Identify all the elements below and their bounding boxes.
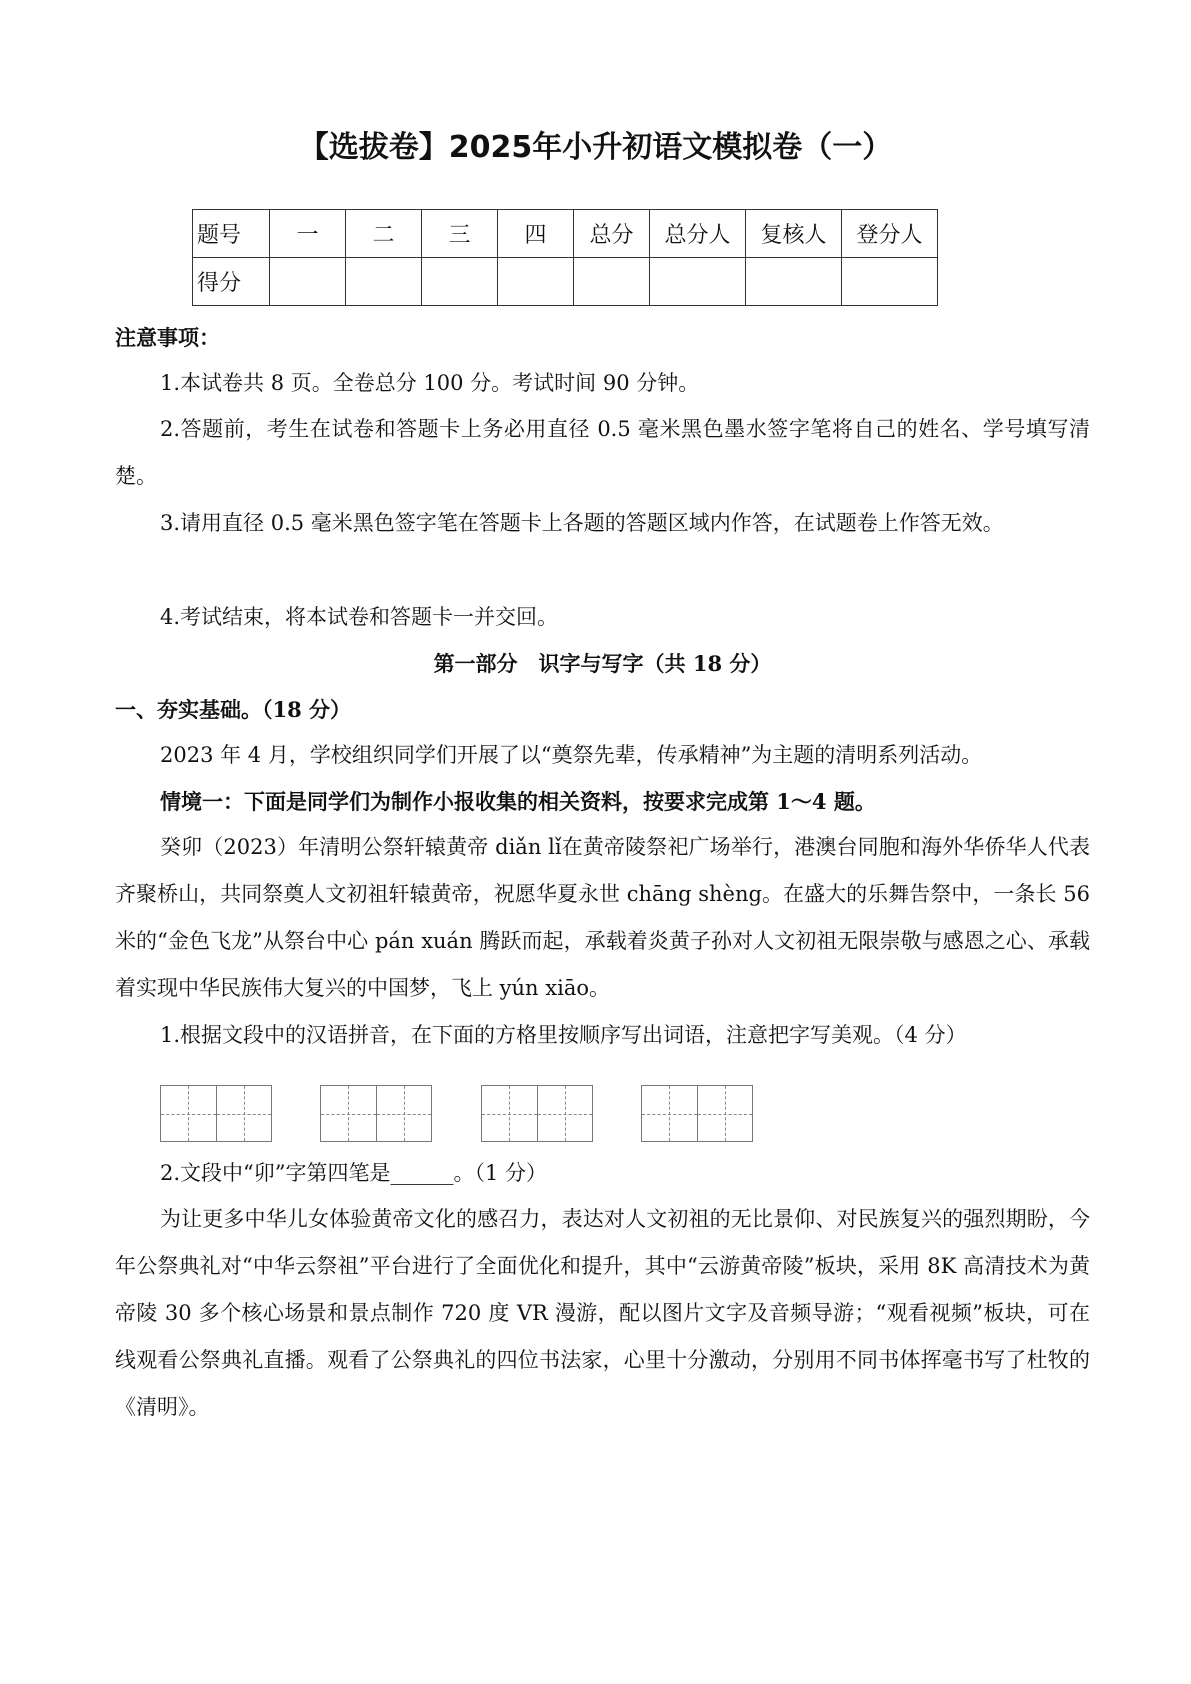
section-title: 一、夯实基础。（18 分） bbox=[115, 686, 1090, 733]
header-cell: 复核人 bbox=[746, 210, 842, 258]
score-cell bbox=[842, 258, 938, 306]
header-cell: 二 bbox=[346, 210, 422, 258]
part-title: 第一部分 识字与写字（共 18 分） bbox=[115, 640, 1090, 687]
header-cell: 三 bbox=[422, 210, 498, 258]
writing-grid-2[interactable] bbox=[320, 1085, 432, 1142]
scenario-instruction: 情境一：下面是同学们为制作小报收集的相关资料，按要求完成第 1～4 题。 bbox=[115, 778, 1090, 825]
header-cell: 四 bbox=[498, 210, 574, 258]
writing-grid-4[interactable] bbox=[641, 1085, 753, 1142]
grid-cell[interactable] bbox=[216, 1086, 272, 1141]
note-item-2: 2.答题前，考生在试卷和答题卡上务必用直径 0.5 毫米黑色墨水签字笔将自己的姓… bbox=[115, 406, 1090, 500]
note-item-3: 3.请用直径 0.5 毫米黑色签字笔在答题卡上各题的答题区域内作答，在试题卷上作… bbox=[115, 500, 1090, 547]
grid-cell[interactable] bbox=[697, 1086, 753, 1141]
header-cell: 总分 bbox=[574, 210, 650, 258]
grid-cell[interactable] bbox=[482, 1086, 537, 1141]
question-1: 1.根据文段中的汉语拼音，在下面的方格里按顺序写出词语，注意把字写美观。（4 分… bbox=[115, 1012, 1090, 1059]
score-cell bbox=[574, 258, 650, 306]
header-cell: 总分人 bbox=[650, 210, 746, 258]
writing-grid-1[interactable] bbox=[160, 1085, 272, 1142]
activity-intro: 2023 年 4 月，学校组织同学们开展了以“奠祭先辈，传承精神”为主题的清明系… bbox=[115, 732, 1090, 779]
passage-1: 癸卯（2023）年清明公祭轩辕黄帝 diǎn lǐ在黄帝陵祭祀广场举行，港澳台同… bbox=[115, 824, 1090, 1012]
score-cell bbox=[746, 258, 842, 306]
score-table-header-row: 题号 一 二 三 四 总分 总分人 复核人 登分人 bbox=[193, 210, 938, 258]
grid-cell[interactable] bbox=[376, 1086, 432, 1141]
score-cell bbox=[346, 258, 422, 306]
notes-heading: 注意事项： bbox=[115, 322, 220, 352]
grid-cell[interactable] bbox=[537, 1086, 593, 1141]
grid-cell[interactable] bbox=[642, 1086, 697, 1141]
exam-title: 【选拔卷】2025年小升初语文模拟卷（一） bbox=[0, 122, 1191, 166]
score-cell bbox=[650, 258, 746, 306]
note-item-1: 1.本试卷共 8 页。全卷总分 100 分。考试时间 90 分钟。 bbox=[115, 360, 1090, 407]
header-cell: 题号 bbox=[193, 210, 270, 258]
score-cell bbox=[270, 258, 346, 306]
passage-2: 为让更多中华儿女体验黄帝文化的感召力，表达对人文初祖的无比景仰、对民族复兴的强烈… bbox=[115, 1196, 1090, 1431]
question-2: 2.文段中“卯”字第四笔是______。（1 分） bbox=[115, 1150, 1090, 1197]
note-item-4: 4.考试结束，将本试卷和答题卡一并交回。 bbox=[115, 594, 1090, 641]
score-table-score-row: 得分 bbox=[193, 258, 938, 306]
score-table: 题号 一 二 三 四 总分 总分人 复核人 登分人 得分 bbox=[192, 209, 938, 306]
grid-cell[interactable] bbox=[321, 1086, 376, 1141]
score-cell bbox=[422, 258, 498, 306]
writing-grid-3[interactable] bbox=[481, 1085, 593, 1142]
grid-cell[interactable] bbox=[161, 1086, 216, 1141]
score-cell bbox=[498, 258, 574, 306]
header-cell: 一 bbox=[270, 210, 346, 258]
row-label: 得分 bbox=[193, 258, 270, 306]
header-cell: 登分人 bbox=[842, 210, 938, 258]
